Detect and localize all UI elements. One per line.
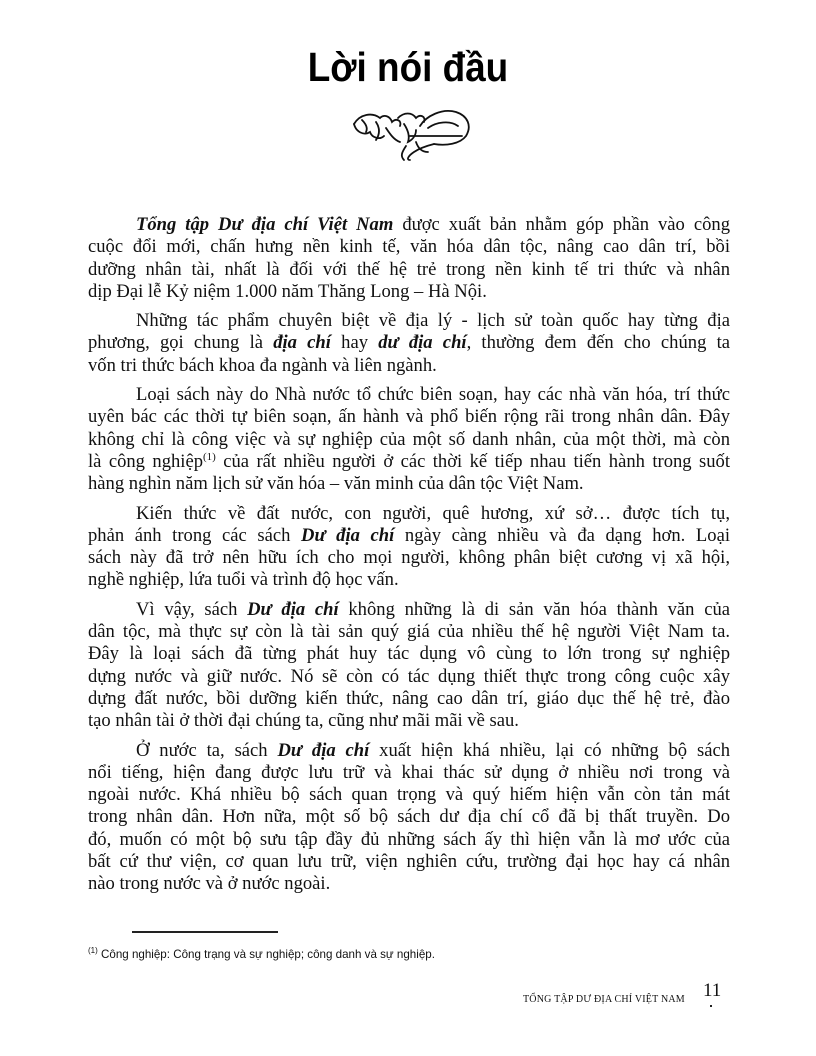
text-line: dựng nước và giữ nước. Nó sẽ còn có tác … xyxy=(88,666,730,688)
text-line: Loại sách này do Nhà nước tổ chức biên s… xyxy=(88,384,730,406)
text-run: đó, muốn có một bộ sưu tập đầy đủ những … xyxy=(88,829,730,850)
paragraph: Tổng tập Dư địa chí Việt Nam được xuất b… xyxy=(88,214,730,303)
text-run: Vì vậy, sách xyxy=(136,599,247,620)
text-line: sách này đã trở nên hữu ích cho mọi ngườ… xyxy=(88,547,730,569)
text-line: Những tác phẩm chuyên biệt về địa lý - l… xyxy=(88,310,730,332)
text-run: xuất hiện khá nhiều, lại có những bộ sác… xyxy=(369,740,730,761)
text-line: Kiến thức về đất nước, con người, quê hư… xyxy=(88,503,730,525)
emphasized-title: Tổng tập Dư địa chí Việt Nam xyxy=(136,214,393,235)
footnote-divider xyxy=(132,931,278,933)
text-line: dịp Đại lễ Kỷ niệm 1.000 năm Thăng Long … xyxy=(88,281,730,303)
text-run: được xuất bản nhằm góp phần vào công xyxy=(393,214,730,235)
text-line: uyên bác các thời tự biên soạn, ấn hành … xyxy=(88,406,730,428)
text-line: Vì vậy, sách Dư địa chí không những là d… xyxy=(88,599,730,621)
footnote-marker: (1) xyxy=(88,946,98,955)
footnote: (1) Công nghiệp: Công trạng và sự nghiệp… xyxy=(88,948,435,961)
text-run: phương, gọi chung là xyxy=(88,332,273,353)
text-line: nào trong nước và ở nước ngoài. xyxy=(88,873,730,895)
text-run: uyên bác các thời tự biên soạn, ấn hành … xyxy=(88,406,730,427)
text-run: dựng đất nước, bồi dưỡng kiến thức, nâng… xyxy=(88,688,730,709)
text-run: Những tác phẩm chuyên biệt về địa lý - l… xyxy=(136,310,730,331)
text-run: cuộc đổi mới, chấn hưng nền kinh tế, văn… xyxy=(88,236,730,257)
text-run: tạo nhân tài ở thời đại chúng ta, cũng n… xyxy=(88,710,519,731)
text-line: dân tộc, mà thực sự còn là tài sản quý g… xyxy=(88,621,730,643)
text-run: dịp Đại lễ Kỷ niệm 1.000 năm Thăng Long … xyxy=(88,281,487,302)
text-run: ngày càng nhiều và đa dạng hơn. Loại xyxy=(394,525,730,546)
emphasized-title: địa chí xyxy=(273,332,331,353)
emphasized-title: Dư địa chí xyxy=(247,599,339,620)
text-run: vốn tri thức bách khoa đa ngành và liên … xyxy=(88,355,437,376)
text-line: Đây là loại sách đã từng phát huy tác dụ… xyxy=(88,643,730,665)
text-line: cuộc đổi mới, chấn hưng nền kinh tế, văn… xyxy=(88,236,730,258)
text-line: nổi tiếng, hiện đang được lưu trữ và kha… xyxy=(88,762,730,784)
text-line: ngoài nước. Khá nhiều bộ sách quan trọng… xyxy=(88,784,730,806)
text-run: nổi tiếng, hiện đang được lưu trữ và kha… xyxy=(88,762,730,783)
text-run: ngoài nước. Khá nhiều bộ sách quan trọng… xyxy=(88,784,730,805)
text-line: trong nhân dân. Hơn nữa, một số bộ sách … xyxy=(88,806,730,828)
text-run: nào trong nước và ở nước ngoài. xyxy=(88,873,330,894)
text-line: là công nghiệp(1) của rất nhiều người ở … xyxy=(88,451,730,473)
text-run: bất cứ thư viện, cơ quan lưu trữ, viện n… xyxy=(88,851,730,872)
text-line: phản ánh trong các sách Dư địa chí ngày … xyxy=(88,525,730,547)
text-run: sách này đã trở nên hữu ích cho mọi ngườ… xyxy=(88,547,730,568)
text-line: bất cứ thư viện, cơ quan lưu trữ, viện n… xyxy=(88,851,730,873)
text-line: tạo nhân tài ở thời đại chúng ta, cũng n… xyxy=(88,710,730,732)
emphasized-title: Dư địa chí xyxy=(277,740,369,761)
text-run: nghề nghiệp, lứa tuổi và trình độ học vấ… xyxy=(88,569,399,590)
text-line: hàng nghìn năm lịch sử văn hóa – văn min… xyxy=(88,473,730,495)
document-page: Lời nói đầu Tổng tập Dư địa chí Việt Nam… xyxy=(0,0,816,1056)
text-run: trong nhân dân. Hơn nữa, một số bộ sách … xyxy=(88,806,730,827)
paragraph: Những tác phẩm chuyên biệt về địa lý - l… xyxy=(88,310,730,377)
text-run: không chỉ là công việc và sự nghiệp của … xyxy=(88,429,730,450)
text-run: hay xyxy=(331,332,378,353)
text-line: không chỉ là công việc và sự nghiệp của … xyxy=(88,429,730,451)
text-run: Ở nước ta, sách xyxy=(136,740,277,761)
text-line: đó, muốn có một bộ sưu tập đầy đủ những … xyxy=(88,829,730,851)
text-run: không những là di sản văn hóa thành văn … xyxy=(339,599,730,620)
floral-ornament-icon xyxy=(350,106,474,162)
text-line: Tổng tập Dư địa chí Việt Nam được xuất b… xyxy=(88,214,730,236)
paragraph: Kiến thức về đất nước, con người, quê hư… xyxy=(88,503,730,592)
text-run: , thường đem đến cho chúng ta xyxy=(467,332,730,353)
paragraph: Loại sách này do Nhà nước tổ chức biên s… xyxy=(88,384,730,495)
text-run: phản ánh trong các sách xyxy=(88,525,301,546)
text-line: vốn tri thức bách khoa đa ngành và liên … xyxy=(88,355,730,377)
paragraph: Vì vậy, sách Dư địa chí không những là d… xyxy=(88,599,730,733)
text-run: dưỡng nhân tài, nhất là đối với thế hệ t… xyxy=(88,259,730,280)
page-mark xyxy=(710,1005,712,1007)
footnote-text: Công nghiệp: Công trạng và sự nghiệp; cô… xyxy=(98,948,435,961)
footnote-reference: (1) xyxy=(203,451,216,463)
text-run: dựng nước và giữ nước. Nó sẽ còn có tác … xyxy=(88,666,730,687)
text-run: Loại sách này do Nhà nước tổ chức biên s… xyxy=(136,384,730,405)
text-run: Đây là loại sách đã từng phát huy tác dụ… xyxy=(88,643,730,664)
text-run: là công nghiệp xyxy=(88,451,203,472)
running-footer-title: TỔNG TẬP DƯ ĐỊA CHÍ VIỆT NAM xyxy=(523,994,685,1005)
emphasized-title: Dư địa chí xyxy=(301,525,394,546)
text-line: dưỡng nhân tài, nhất là đối với thế hệ t… xyxy=(88,259,730,281)
text-line: dựng đất nước, bồi dưỡng kiến thức, nâng… xyxy=(88,688,730,710)
emphasized-title: dư địa chí xyxy=(378,332,466,353)
text-run: dân tộc, mà thực sự còn là tài sản quý g… xyxy=(88,621,730,642)
text-line: Ở nước ta, sách Dư địa chí xuất hiện khá… xyxy=(88,740,730,762)
text-run: Kiến thức về đất nước, con người, quê hư… xyxy=(136,503,730,524)
page-title: Lời nói đầu xyxy=(41,44,775,91)
paragraph: Ở nước ta, sách Dư địa chí xuất hiện khá… xyxy=(88,740,730,896)
text-line: nghề nghiệp, lứa tuổi và trình độ học vấ… xyxy=(88,569,730,591)
body-text: Tổng tập Dư địa chí Việt Nam được xuất b… xyxy=(88,214,730,903)
page-number: 11 xyxy=(703,980,721,1002)
text-run: của rất nhiều người ở các thời kế tiếp n… xyxy=(216,451,730,472)
text-run: hàng nghìn năm lịch sử văn hóa – văn min… xyxy=(88,473,584,494)
text-line: phương, gọi chung là địa chí hay dư địa … xyxy=(88,332,730,354)
